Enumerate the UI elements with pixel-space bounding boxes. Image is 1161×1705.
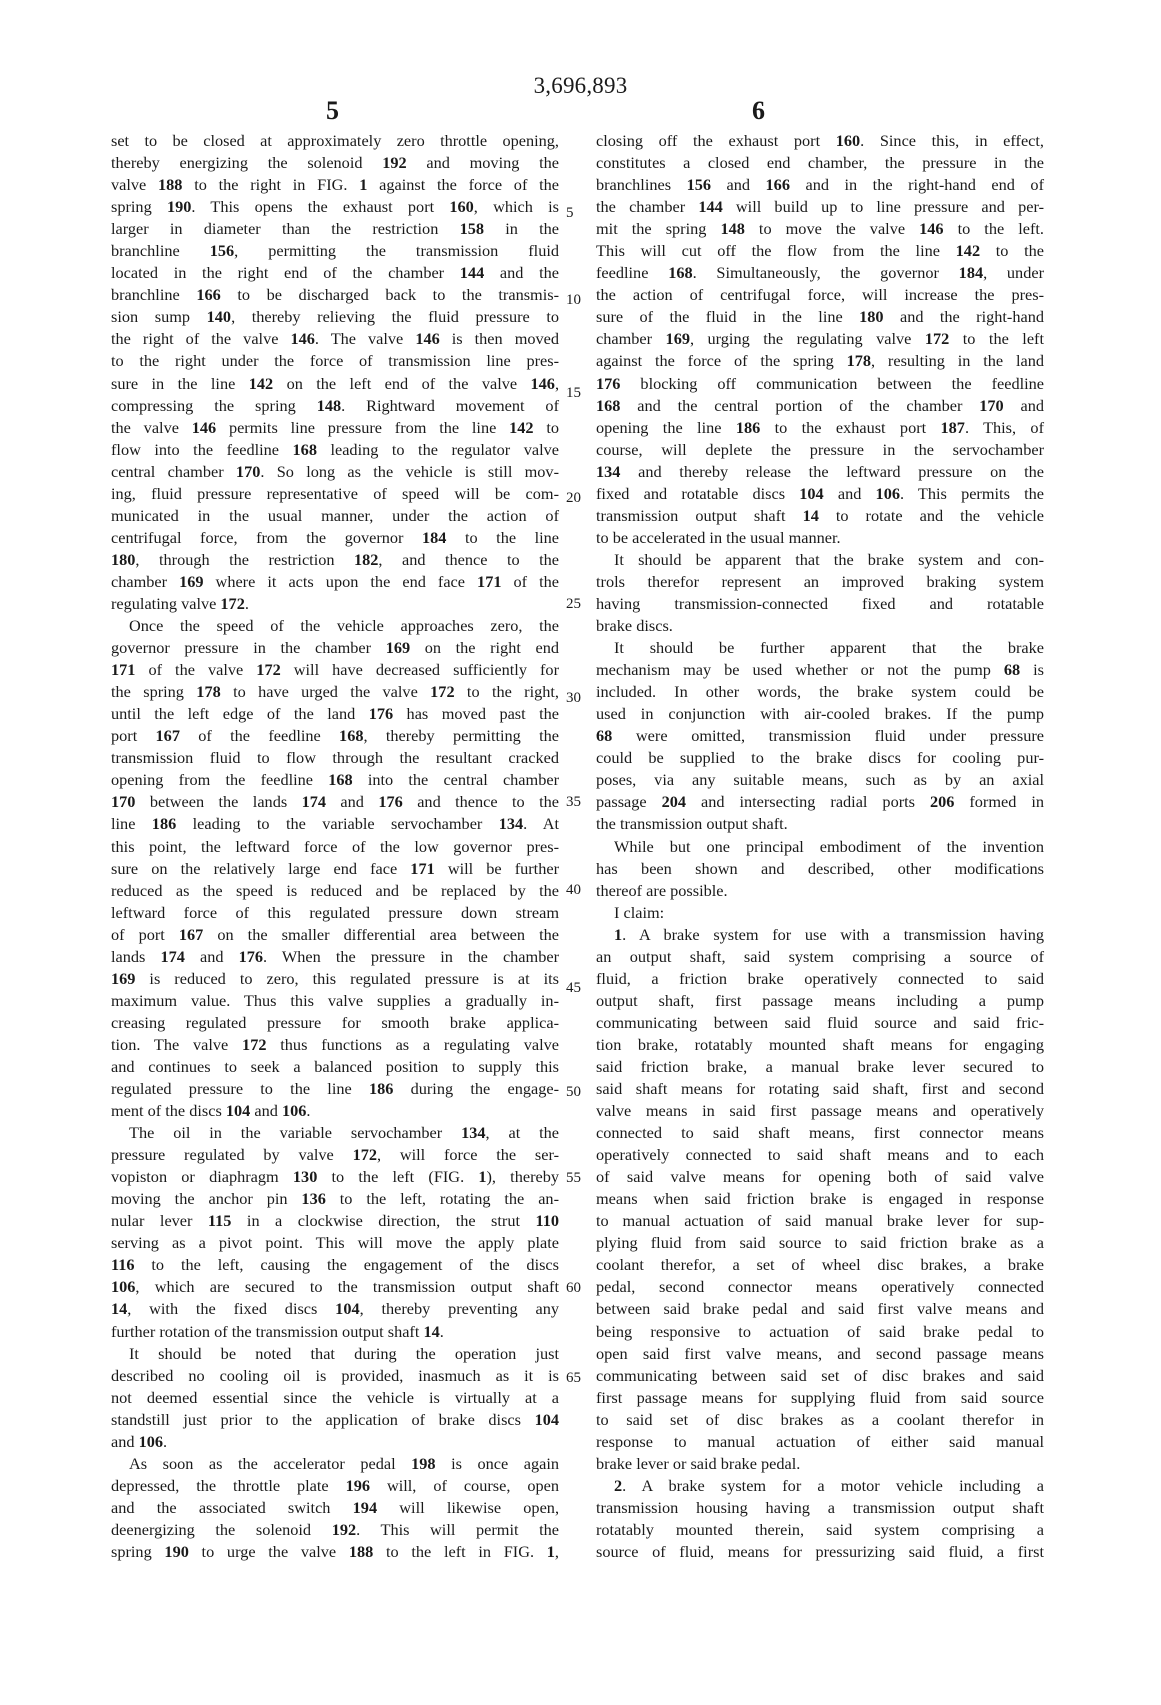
reference-numeral: 158 (460, 219, 484, 238)
reference-numeral: 180 (859, 307, 883, 326)
text-line: of said valve means for opening both of … (596, 1166, 1044, 1188)
text-line: plying fluid from said source to said fr… (596, 1232, 1044, 1254)
line-number: 35 (566, 794, 581, 811)
text-line: serving as a pivot point. This will move… (111, 1232, 559, 1254)
text-line: valve 188 to the right in FIG. 1 against… (111, 174, 559, 196)
reference-numeral: 171 (477, 572, 501, 591)
reference-numeral: 169 (111, 969, 135, 988)
text-line: larger in diameter than the restriction … (111, 218, 559, 240)
reference-numeral: 160 (449, 197, 473, 216)
text-line: operatively connected to said shaft mean… (596, 1144, 1044, 1166)
text-line: course, will deplete the pressure in the… (596, 439, 1044, 461)
text-line: between said brake pedal and said first … (596, 1298, 1044, 1320)
reference-numeral: 134 (499, 814, 523, 833)
reference-numeral: 172 (430, 682, 454, 701)
text-line: branchline 166 to be discharged back to … (111, 284, 559, 306)
text-line: being responsive to actuation of said br… (596, 1321, 1044, 1343)
reference-numeral: 190 (167, 197, 191, 216)
reference-numeral: 170 (111, 792, 135, 811)
text-line: mit the spring 148 to move the valve 146… (596, 218, 1044, 240)
reference-numeral: 206 (930, 792, 954, 811)
reference-numeral: 1 (478, 1167, 486, 1186)
reference-numeral: 192 (382, 153, 406, 172)
reference-numeral: 204 (662, 792, 686, 811)
text-line: depressed, the throttle plate 196 will, … (111, 1475, 559, 1497)
text-line: opening from the feedline 168 into the c… (111, 769, 559, 791)
reference-numeral: 170 (236, 462, 260, 481)
text-line: brake discs. (596, 615, 1044, 637)
reference-numeral: 170 (979, 396, 1003, 415)
reference-numeral: 178 (847, 351, 871, 370)
text-line: thereby energizing the solenoid 192 and … (111, 152, 559, 174)
text-line: regulated pressure to the line 186 durin… (111, 1078, 559, 1100)
reference-numeral: 186 (152, 814, 176, 833)
text-line: lands 174 and 176. When the pressure in … (111, 946, 559, 968)
reference-numeral: 169 (666, 329, 690, 348)
reference-numeral: 174 (160, 947, 184, 966)
text-line: this point, the leftward force of the lo… (111, 836, 559, 858)
reference-numeral: 172 (925, 329, 949, 348)
text-line: sure in the line 142 on the left end of … (111, 373, 559, 395)
reference-numeral: 172 (242, 1035, 266, 1054)
line-number: 20 (566, 490, 581, 507)
text-line: 1. A brake system for use with a transmi… (596, 924, 1044, 946)
text-line: the valve 146 permits line pressure from… (111, 417, 559, 439)
reference-numeral: 134 (596, 462, 620, 481)
reference-numeral: 104 (535, 1410, 559, 1429)
reference-numeral: 188 (158, 175, 182, 194)
reference-numeral: 130 (293, 1167, 317, 1186)
text-line: centrifugal force, from the governor 184… (111, 527, 559, 549)
line-number: 30 (566, 690, 581, 707)
reference-numeral: 68 (596, 726, 612, 745)
text-line: rotatably mounted therein, said system c… (596, 1519, 1044, 1541)
reference-numeral: 192 (332, 1520, 356, 1539)
reference-numeral: 171 (410, 859, 434, 878)
text-line: fluid, a friction brake operatively conn… (596, 968, 1044, 990)
text-line: said shaft means for rotating said shaft… (596, 1078, 1044, 1100)
reference-numeral: 106 (139, 1432, 163, 1451)
text-line: of port 167 on the smaller differential … (111, 924, 559, 946)
reference-numeral: 188 (349, 1542, 373, 1561)
line-number: 40 (566, 882, 581, 899)
reference-numeral: 172 (353, 1145, 377, 1164)
reference-numeral: 148 (317, 396, 341, 415)
reference-numeral: 190 (164, 1542, 188, 1561)
reference-numeral: 168 (328, 770, 352, 789)
text-line: line 186 leading to the variable servoch… (111, 813, 559, 835)
text-line: 168 and the central portion of the chamb… (596, 395, 1044, 417)
text-line: connected to said shaft means, first con… (596, 1122, 1044, 1144)
text-line: I claim: (596, 902, 1044, 924)
text-line: spring 190. This opens the exhaust port … (111, 196, 559, 218)
column-number-right: 6 (752, 96, 765, 126)
text-line: spring 190 to urge the valve 188 to the … (111, 1541, 559, 1563)
text-line: the action of centrifugal force, will in… (596, 284, 1044, 306)
reference-numeral: 180 (111, 550, 135, 569)
line-number: 5 (566, 205, 574, 222)
text-line: sure of the fluid in the line 180 and th… (596, 306, 1044, 328)
reference-numeral: 110 (535, 1211, 559, 1230)
reference-numeral: 156 (687, 175, 711, 194)
reference-numeral: 68 (1004, 660, 1020, 679)
reference-numeral: 169 (179, 572, 203, 591)
reference-numeral: 142 (509, 418, 533, 437)
text-line: tion brake, rotatably mounted shaft mean… (596, 1034, 1044, 1056)
reference-numeral: 168 (596, 396, 620, 415)
reference-numeral: 104 (335, 1299, 359, 1318)
text-line: governor pressure in the chamber 169 on … (111, 637, 559, 659)
text-line: to manual actuation of said manual brake… (596, 1210, 1044, 1232)
text-line: deenergizing the solenoid 192. This will… (111, 1519, 559, 1541)
text-line: first passage means for supplying fluid … (596, 1387, 1044, 1409)
line-number: 65 (566, 1370, 581, 1387)
text-line: located in the right end of the chamber … (111, 262, 559, 284)
text-line: regulating valve 172. (111, 593, 559, 615)
reference-numeral: 14 (111, 1299, 127, 1318)
line-number: 15 (566, 385, 581, 402)
reference-numeral: 146 (192, 418, 216, 437)
text-line: ing, fluid pressure representative of sp… (111, 483, 559, 505)
text-line: the right of the valve 146. The valve 14… (111, 328, 559, 350)
reference-numeral: 2 (614, 1476, 622, 1495)
reference-numeral: 194 (353, 1498, 377, 1517)
reference-numeral: 1 (614, 925, 622, 944)
text-line: transmission fluid to flow through the r… (111, 747, 559, 769)
text-line: Once the speed of the vehicle approaches… (111, 615, 559, 637)
text-line: used in conjunction with air-cooled brak… (596, 703, 1044, 725)
reference-numeral: 14 (803, 506, 819, 525)
reference-numeral: 186 (736, 418, 760, 437)
text-line: flow into the feedline 168 leading to th… (111, 439, 559, 461)
text-line: This will cut off the flow from the line… (596, 240, 1044, 262)
text-line: an output shaft, said system comprising … (596, 946, 1044, 968)
reference-numeral: 1 (547, 1542, 555, 1561)
reference-numeral: 174 (302, 792, 326, 811)
text-line: described no cooling oil is provided, in… (111, 1365, 559, 1387)
reference-numeral: 168 (293, 440, 317, 459)
reference-numeral: 160 (836, 131, 860, 150)
reference-numeral: 176 (378, 792, 402, 811)
reference-numeral: 186 (369, 1079, 393, 1098)
text-line: tion. The valve 172 thus functions as a … (111, 1034, 559, 1056)
reference-numeral: 187 (941, 418, 965, 437)
text-line: closing off the exhaust port 160. Since … (596, 130, 1044, 152)
text-line: further rotation of the transmission out… (111, 1321, 559, 1343)
text-line: could be supplied to the brake discs for… (596, 747, 1044, 769)
text-line: branchline 156, permitting the transmiss… (111, 240, 559, 262)
text-line: to the right under the force of transmis… (111, 350, 559, 372)
reference-numeral: 176 (369, 704, 393, 723)
reference-numeral: 184 (422, 528, 446, 547)
text-line: leftward force of this regulated pressur… (111, 902, 559, 924)
text-line: source of fluid, means for pressurizing … (596, 1541, 1044, 1563)
text-line: mechanism may be used whether or not the… (596, 659, 1044, 681)
column-number-left: 5 (326, 96, 339, 126)
text-line: brake lever or said brake pedal. (596, 1453, 1044, 1475)
text-line: communicating between said set of disc b… (596, 1365, 1044, 1387)
line-number: 25 (566, 596, 581, 613)
text-line: 14, with the fixed discs 104, thereby pr… (111, 1298, 559, 1320)
reference-numeral: 148 (720, 219, 744, 238)
text-line: 171 of the valve 172 will have decreased… (111, 659, 559, 681)
text-line: chamber 169 where it acts upon the end f… (111, 571, 559, 593)
text-line: poses, via any suitable means, such as b… (596, 769, 1044, 791)
reference-numeral: 178 (196, 682, 220, 701)
reference-numeral: 142 (249, 374, 273, 393)
text-line: transmission output shaft 14 to rotate a… (596, 505, 1044, 527)
text-line: and continues to seek a balanced positio… (111, 1056, 559, 1078)
text-line: sion sump 140, thereby relieving the flu… (111, 306, 559, 328)
reference-numeral: 134 (461, 1123, 485, 1142)
reference-numeral: 142 (956, 241, 980, 260)
reference-numeral: 106 (111, 1277, 135, 1296)
text-line: 2. A brake system for a motor vehicle in… (596, 1475, 1044, 1497)
reference-numeral: 172 (256, 660, 280, 679)
text-line: It should be apparent that the brake sys… (596, 549, 1044, 571)
text-line: response to manual actuation of either s… (596, 1431, 1044, 1453)
text-line: 170 between the lands 174 and 176 and th… (111, 791, 559, 813)
reference-numeral: 156 (210, 241, 234, 260)
text-line: 106, which are secured to the transmissi… (111, 1276, 559, 1298)
text-line: 180, through the restriction 182, and th… (111, 549, 559, 571)
text-line: central chamber 170. So long as the vehi… (111, 461, 559, 483)
reference-numeral: 168 (339, 726, 363, 745)
reference-numeral: 116 (111, 1255, 135, 1274)
text-line: not deemed essential since the vehicle i… (111, 1387, 559, 1409)
text-line: transmission housing having a transmissi… (596, 1497, 1044, 1519)
reference-numeral: 168 (668, 263, 692, 282)
left-text-column: set to be closed at approximately zero t… (111, 130, 559, 1563)
reference-numeral: 104 (226, 1101, 250, 1120)
reference-numeral: 106 (282, 1101, 306, 1120)
text-line: 134 and thereby release the leftward pre… (596, 461, 1044, 483)
text-line: reduced as the speed is reduced and be r… (111, 880, 559, 902)
reference-numeral: 166 (766, 175, 790, 194)
reference-numeral: 176 (239, 947, 263, 966)
reference-numeral: 146 (919, 219, 943, 238)
text-line: ment of the discs 104 and 106. (111, 1100, 559, 1122)
text-line: against the force of the spring 178, res… (596, 350, 1044, 372)
line-number: 10 (566, 292, 581, 309)
text-line: 116 to the left, causing the engagement … (111, 1254, 559, 1276)
reference-numeral: 14 (423, 1322, 439, 1341)
text-line: has been shown and described, other modi… (596, 858, 1044, 880)
line-number: 50 (566, 1084, 581, 1101)
text-line: the chamber 144 will build up to line pr… (596, 196, 1044, 218)
text-line: set to be closed at approximately zero t… (111, 130, 559, 152)
reference-numeral: 146 (415, 329, 439, 348)
text-line: municated in the usual manner, under the… (111, 505, 559, 527)
text-line: 169 is reduced to zero, this regulated p… (111, 968, 559, 990)
text-line: moving the anchor pin 136 to the left, r… (111, 1188, 559, 1210)
reference-numeral: 140 (207, 307, 231, 326)
reference-numeral: 104 (799, 484, 823, 503)
text-line: 176 blocking off communication between t… (596, 373, 1044, 395)
text-line: It should be noted that during the opera… (111, 1343, 559, 1365)
text-line: having transmission-connected fixed and … (596, 593, 1044, 615)
text-line: means when said friction brake is engage… (596, 1188, 1044, 1210)
right-text-column: closing off the exhaust port 160. Since … (596, 130, 1044, 1563)
text-line: pressure regulated by valve 172, will fo… (111, 1144, 559, 1166)
text-line: standstill just prior to the application… (111, 1409, 559, 1431)
text-line: feedline 168. Simultaneously, the govern… (596, 262, 1044, 284)
text-line: creasing regulated pressure for smooth b… (111, 1012, 559, 1034)
reference-numeral: 167 (179, 925, 203, 944)
text-line: As soon as the accelerator pedal 198 is … (111, 1453, 559, 1475)
reference-numeral: 146 (290, 329, 314, 348)
text-line: thereof are possible. (596, 880, 1044, 902)
reference-numeral: 169 (386, 638, 410, 657)
reference-numeral: 136 (301, 1189, 325, 1208)
reference-numeral: 106 (876, 484, 900, 503)
text-line: branchlines 156 and 166 and in the right… (596, 174, 1044, 196)
text-line: trols therefor represent an improved bra… (596, 571, 1044, 593)
text-line: passage 204 and intersecting radial port… (596, 791, 1044, 813)
text-line: included. In other words, the brake syst… (596, 681, 1044, 703)
line-number: 60 (566, 1280, 581, 1297)
line-number: 45 (566, 980, 581, 997)
text-line: coolant therefor, a set of wheel disc br… (596, 1254, 1044, 1276)
text-line: opening the line 186 to the exhaust port… (596, 417, 1044, 439)
text-line: pedal, second connector means operativel… (596, 1276, 1044, 1298)
reference-numeral: 184 (959, 263, 983, 282)
patent-number: 3,696,893 (0, 73, 1161, 99)
reference-numeral: 115 (208, 1211, 232, 1230)
text-line: to be accelerated in the usual manner. (596, 527, 1044, 549)
text-line: output shaft, first passage means includ… (596, 990, 1044, 1012)
text-line: vopiston or diaphragm 130 to the left (F… (111, 1166, 559, 1188)
reference-numeral: 167 (156, 726, 180, 745)
text-line: It should be further apparent that the b… (596, 637, 1044, 659)
text-line: maximum value. Thus this valve supplies … (111, 990, 559, 1012)
text-line: the transmission output shaft. (596, 813, 1044, 835)
text-line: to said set of disc brakes as a coolant … (596, 1409, 1044, 1431)
reference-numeral: 196 (346, 1476, 370, 1495)
text-line: and the associated switch 194 will likew… (111, 1497, 559, 1519)
reference-numeral: 146 (531, 374, 555, 393)
text-line: said friction brake, a manual brake leve… (596, 1056, 1044, 1078)
reference-numeral: 144 (460, 263, 484, 282)
text-line: nular lever 115 in a clockwise direction… (111, 1210, 559, 1232)
text-line: While but one principal embodiment of th… (596, 836, 1044, 858)
text-line: chamber 169, urging the regulating valve… (596, 328, 1044, 350)
text-line: 68 were omitted, transmission fluid unde… (596, 725, 1044, 747)
text-line: The oil in the variable servochamber 134… (111, 1122, 559, 1144)
reference-numeral: 198 (411, 1454, 435, 1473)
text-line: port 167 of the feedline 168, thereby pe… (111, 725, 559, 747)
text-line: and 106. (111, 1431, 559, 1453)
text-line: open said first valve means, and second … (596, 1343, 1044, 1365)
reference-numeral: 171 (111, 660, 135, 679)
reference-numeral: 172 (220, 594, 244, 613)
reference-numeral: 1 (359, 175, 367, 194)
reference-numeral: 176 (596, 374, 620, 393)
text-line: until the left edge of the land 176 has … (111, 703, 559, 725)
text-line: compressing the spring 148. Rightward mo… (111, 395, 559, 417)
reference-numeral: 182 (354, 550, 378, 569)
line-number: 55 (566, 1170, 581, 1187)
text-line: valve means in said first passage means … (596, 1100, 1044, 1122)
reference-numeral: 144 (698, 197, 722, 216)
text-line: the spring 178 to have urged the valve 1… (111, 681, 559, 703)
text-line: sure on the relatively large end face 17… (111, 858, 559, 880)
text-line: constitutes a closed end chamber, the pr… (596, 152, 1044, 174)
reference-numeral: 166 (196, 285, 220, 304)
text-line: fixed and rotatable discs 104 and 106. T… (596, 483, 1044, 505)
text-line: communicating between said fluid source … (596, 1012, 1044, 1034)
